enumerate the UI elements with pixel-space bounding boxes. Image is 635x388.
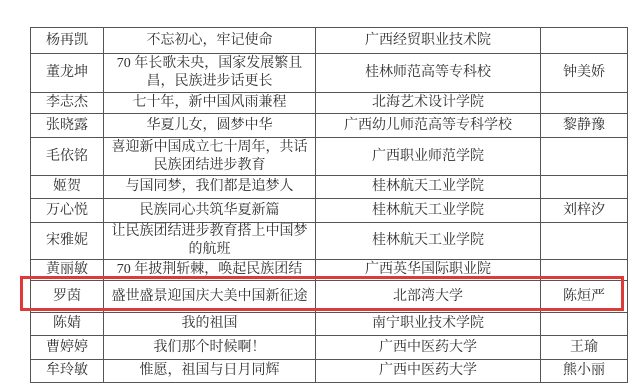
student-name-cell: 宋雅妮	[31, 223, 104, 260]
partner-name-cell: 黎静豫	[541, 114, 628, 138]
slogan-cell: 七十年，新中国风雨兼程	[104, 93, 316, 114]
institution-cell: 广西中医药大学	[316, 336, 541, 360]
student-name-cell: 罗茵	[31, 281, 104, 313]
institution-cell: 桂林师范高等专科校	[316, 54, 541, 93]
slogan-cell: 不忘初心，牢记使命	[104, 28, 316, 54]
slogan-cell: 惟愿，祖国与日月同辉	[104, 360, 316, 383]
student-name-cell: 张晓露	[31, 114, 104, 138]
student-name-cell: 姬贺	[31, 176, 104, 199]
institution-cell: 桂林航天工业学院	[316, 176, 541, 199]
table-row: 姬贺与国同梦，我们都是追梦人桂林航天工业学院	[31, 176, 628, 199]
partner-name-cell: 刘梓汐	[541, 199, 628, 223]
student-name-cell: 曹婷婷	[31, 336, 104, 360]
partner-name-cell	[541, 93, 628, 114]
student-name-cell: 李志杰	[31, 93, 104, 114]
partner-name-cell	[541, 28, 628, 54]
table-row: 黄丽敏70 年披荆斩棘，唤起民族团结广西英华国际职业院	[31, 260, 628, 281]
student-name-cell: 董龙坤	[31, 54, 104, 93]
student-name-cell: 陈婧	[31, 313, 104, 336]
partner-name-cell	[541, 223, 628, 260]
partner-name-cell	[541, 313, 628, 336]
institution-cell: 北海艺术设计学院	[316, 93, 541, 114]
institution-cell: 广西经贸职业技术院	[316, 28, 541, 54]
table-row: 曹婷婷我们那个时候啊！广西中医药大学王瑜	[31, 336, 628, 360]
student-name-cell: 黄丽敏	[31, 260, 104, 281]
slogan-cell: 与国同梦，我们都是追梦人	[104, 176, 316, 199]
institution-cell: 广西幼儿师范高等专科学校	[316, 114, 541, 138]
partner-name-cell: 陈烜严	[541, 281, 628, 313]
table-row: 罗茵盛世盛景迎国庆大美中国新征途北部湾大学陈烜严	[31, 281, 628, 313]
table-row: 张晓露华夏儿女，圆梦中华广西幼儿师范高等专科学校黎静豫	[31, 114, 628, 138]
partner-name-cell	[541, 260, 628, 281]
slogan-cell: 我们那个时候啊！	[104, 336, 316, 360]
student-name-cell: 毛依铭	[31, 138, 104, 176]
institution-cell: 广西中医药大学	[316, 360, 541, 383]
table-row: 牟玲敏惟愿，祖国与日月同辉广西中医药大学熊小丽	[31, 360, 628, 383]
partner-name-cell: 钟美娇	[541, 54, 628, 93]
slogan-cell: 民族同心共筑华夏新篇	[104, 199, 316, 223]
table-row: 李志杰七十年，新中国风雨兼程北海艺术设计学院	[31, 93, 628, 114]
slogan-roster-body: 杨再凯不忘初心，牢记使命广西经贸职业技术院董龙坤70 年长歌未央，国家发展繁且昌…	[31, 28, 628, 383]
institution-cell: 桂林航天工业学院	[316, 199, 541, 223]
slogan-cell: 我的祖国	[104, 313, 316, 336]
table-row: 万心悦民族同心共筑华夏新篇桂林航天工业学院刘梓汐	[31, 199, 628, 223]
slogan-cell: 让民族团结进步教育搭上中国梦的航班	[104, 223, 316, 260]
table-row: 陈婧我的祖国南宁职业技术学院	[31, 313, 628, 336]
slogan-cell: 华夏儿女，圆梦中华	[104, 114, 316, 138]
institution-cell: 广西职业师范学院	[316, 138, 541, 176]
table-row: 宋雅妮让民族团结进步教育搭上中国梦的航班桂林航天工业学院	[31, 223, 628, 260]
slogan-cell: 70 年披荆斩棘，唤起民族团结	[104, 260, 316, 281]
table-row: 毛依铭喜迎新中国成立七十周年，共话民族团结进步教育广西职业师范学院	[31, 138, 628, 176]
slogan-roster-table: 杨再凯不忘初心，牢记使命广西经贸职业技术院董龙坤70 年长歌未央，国家发展繁且昌…	[30, 27, 628, 383]
student-name-cell: 牟玲敏	[31, 360, 104, 383]
document-page: 杨再凯不忘初心，牢记使命广西经贸职业技术院董龙坤70 年长歌未央，国家发展繁且昌…	[0, 0, 635, 388]
slogan-cell: 70 年长歌未央，国家发展繁且昌，民族进步话更长	[104, 54, 316, 93]
slogan-cell: 盛世盛景迎国庆大美中国新征途	[104, 281, 316, 313]
table-row: 杨再凯不忘初心，牢记使命广西经贸职业技术院	[31, 28, 628, 54]
partner-name-cell	[541, 138, 628, 176]
partner-name-cell: 熊小丽	[541, 360, 628, 383]
institution-cell: 北部湾大学	[316, 281, 541, 313]
institution-cell: 南宁职业技术学院	[316, 313, 541, 336]
institution-cell: 桂林航天工业学院	[316, 223, 541, 260]
student-name-cell: 杨再凯	[31, 28, 104, 54]
partner-name-cell	[541, 176, 628, 199]
table-row: 董龙坤70 年长歌未央，国家发展繁且昌，民族进步话更长桂林师范高等专科校钟美娇	[31, 54, 628, 93]
slogan-cell: 喜迎新中国成立七十周年，共话民族团结进步教育	[104, 138, 316, 176]
institution-cell: 广西英华国际职业院	[316, 260, 541, 281]
partner-name-cell: 王瑜	[541, 336, 628, 360]
student-name-cell: 万心悦	[31, 199, 104, 223]
